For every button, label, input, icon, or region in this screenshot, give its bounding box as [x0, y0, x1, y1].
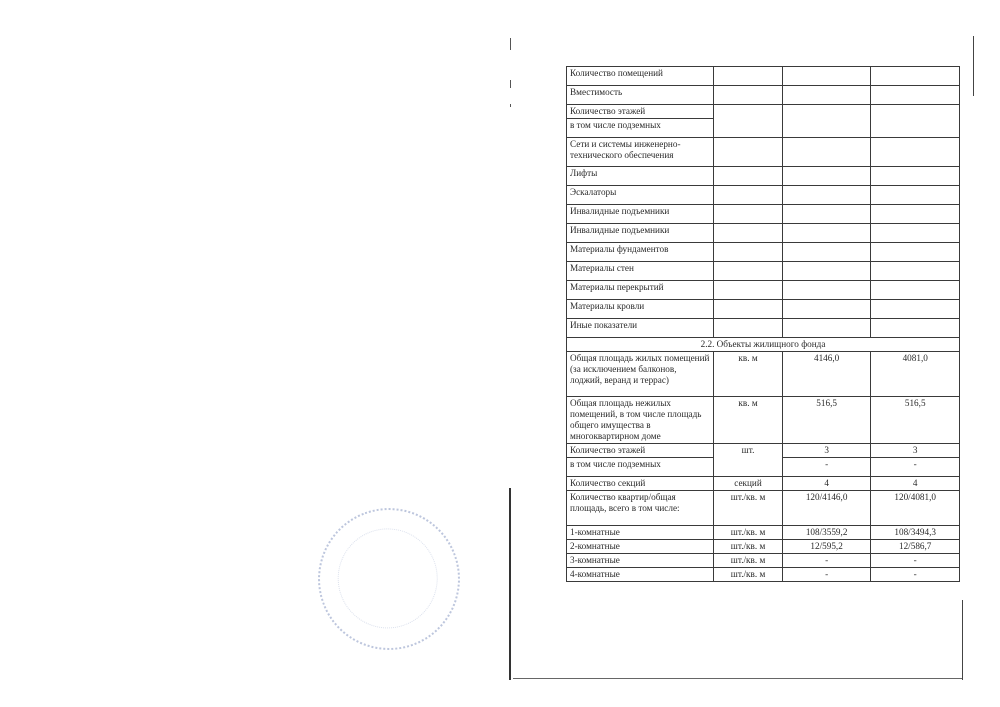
row-value-1: 120/4146,0 [782, 491, 871, 526]
table-row: Количество квартир/общая площадь, всего … [567, 491, 960, 526]
stamp-inner-ring [324, 514, 452, 642]
row-value-2: 4 [871, 477, 960, 491]
table-row: Иные показатели [567, 319, 960, 338]
row-label: Общая площадь жилых помещений (за исключ… [567, 352, 714, 397]
row-label: Эскалаторы [567, 186, 714, 205]
table-row: Количество этажей [567, 105, 960, 119]
row-value-1: 4 [782, 477, 871, 491]
table-row: Инвалидные подъемники [567, 224, 960, 243]
row-label: 4-комнатные [567, 568, 714, 582]
table-row: Эскалаторы [567, 186, 960, 205]
table-row: Материалы фундаментов [567, 243, 960, 262]
scan-mark [510, 104, 511, 107]
row-value-1: 516,5 [782, 397, 871, 444]
page-border-bottom [513, 678, 963, 679]
table-row: Количество этажей шт. 3 3 [567, 444, 960, 458]
page-edge-right [973, 36, 974, 96]
table-row: Материалы кровли [567, 300, 960, 319]
row-label: Количество квартир/общая площадь, всего … [567, 491, 714, 526]
table-row: Материалы перекрытий [567, 281, 960, 300]
row-label: в том числе подземных [567, 119, 714, 138]
page-border-left [509, 488, 511, 680]
row-unit: шт./кв. м [714, 540, 783, 554]
row-value-2: 4081,0 [871, 352, 960, 397]
row-unit: шт. [714, 444, 783, 477]
row-label: Инвалидные подъемники [567, 205, 714, 224]
row-value-2: 3 [871, 444, 960, 458]
row-value-1: - [782, 568, 871, 582]
row-label: 1-комнатные [567, 526, 714, 540]
table-row: Материалы стен [567, 262, 960, 281]
table-row: Общая площадь нежилых помещений, в том ч… [567, 397, 960, 444]
row-value-1: - [782, 554, 871, 568]
row-unit: шт./кв. м [714, 526, 783, 540]
official-stamp [298, 488, 480, 670]
row-label: Иные показатели [567, 319, 714, 338]
row-value-1: 12/595,2 [782, 540, 871, 554]
table-row: Лифты [567, 167, 960, 186]
building-indicators-table: Количество помещений Вместимость Количес… [566, 66, 960, 582]
row-label: 2-комнатные [567, 540, 714, 554]
row-label: Количество секций [567, 477, 714, 491]
table-row: Инвалидные подъемники [567, 205, 960, 224]
page-border-right [962, 600, 963, 680]
row-label: Материалы перекрытий [567, 281, 714, 300]
row-label: Количество этажей [567, 105, 714, 119]
row-value-1: 4146,0 [782, 352, 871, 397]
row-value-1: - [782, 458, 871, 477]
row-unit: кв. м [714, 397, 783, 444]
row-value-2: - [871, 568, 960, 582]
table-row: Количество помещений [567, 67, 960, 86]
row-label: Лифты [567, 167, 714, 186]
row-label: Количество помещений [567, 67, 714, 86]
row-label: в том числе подземных [567, 458, 714, 477]
table-row: 2-комнатные шт./кв. м 12/595,2 12/586,7 [567, 540, 960, 554]
row-label: Инвалидные подъемники [567, 224, 714, 243]
row-value-2: - [871, 554, 960, 568]
row-label: Количество этажей [567, 444, 714, 458]
table-row: 3-комнатные шт./кв. м - - [567, 554, 960, 568]
table-row: Сети и системы инженерно-технического об… [567, 138, 960, 167]
row-label: Сети и системы инженерно-технического об… [567, 138, 714, 167]
section-title: 2.2. Объекты жилищного фонда [567, 338, 960, 352]
row-label: 3-комнатные [567, 554, 714, 568]
table-row: 1-комнатные шт./кв. м 108/3559,2 108/349… [567, 526, 960, 540]
row-value-2: 108/3494,3 [871, 526, 960, 540]
row-unit: шт./кв. м [714, 554, 783, 568]
scan-mark [510, 80, 511, 88]
row-label: Материалы кровли [567, 300, 714, 319]
row-value-2: - [871, 458, 960, 477]
row-label: Вместимость [567, 86, 714, 105]
row-value-2: 12/586,7 [871, 540, 960, 554]
scan-mark [510, 38, 511, 50]
table-row: Количество секций секций 4 4 [567, 477, 960, 491]
table-row: Общая площадь жилых помещений (за исключ… [567, 352, 960, 397]
row-label: Общая площадь нежилых помещений, в том ч… [567, 397, 714, 444]
table-row: 4-комнатные шт./кв. м - - [567, 568, 960, 582]
row-label: Материалы фундаментов [567, 243, 714, 262]
section-header-row: 2.2. Объекты жилищного фонда [567, 338, 960, 352]
row-unit: кв. м [714, 352, 783, 397]
table-row: Вместимость [567, 86, 960, 105]
row-value-2: 516,5 [871, 397, 960, 444]
row-unit: шт./кв. м [714, 491, 783, 526]
row-value-2: 120/4081,0 [871, 491, 960, 526]
row-label: Материалы стен [567, 262, 714, 281]
row-unit: секций [714, 477, 783, 491]
row-unit: шт./кв. м [714, 568, 783, 582]
row-value-1: 108/3559,2 [782, 526, 871, 540]
row-value-1: 3 [782, 444, 871, 458]
